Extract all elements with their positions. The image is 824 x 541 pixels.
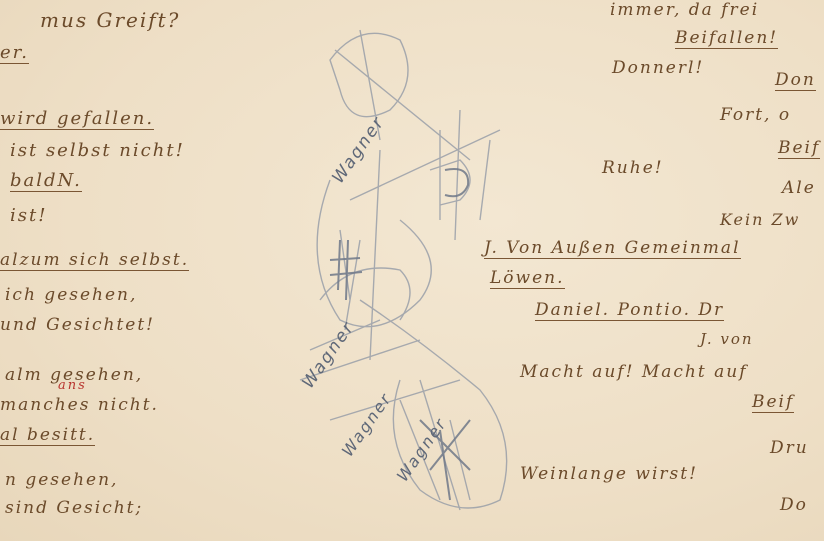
handwriting-line: Daniel. Pontio. Dr — [535, 300, 724, 321]
handwriting-line: und Gesichtet! — [0, 315, 155, 335]
handwriting-line: manches nicht. — [0, 395, 159, 415]
handwriting-line: Ruhe! — [602, 158, 664, 178]
handwriting-line: ich gesehen, — [5, 285, 137, 305]
handwriting-line: Dru — [770, 438, 809, 458]
handwriting-line: Beif — [752, 392, 794, 413]
handwriting-line: al besitt. — [0, 425, 95, 446]
handwriting-line: Don — [775, 70, 816, 91]
handwriting-line: Ale — [782, 178, 816, 198]
handwriting-line: n gesehen, — [5, 470, 118, 490]
handwriting-line: Weinlange wirst! — [520, 464, 698, 484]
handwriting-line: Kein Zw — [720, 210, 800, 229]
red-annotation: ans — [58, 378, 87, 393]
handwriting-line: er. — [0, 42, 29, 64]
handwriting-line: wird gefallen. — [0, 108, 154, 130]
handwriting-line: alzum sich selbst. — [0, 250, 189, 271]
handwriting-line: J. Von Außen Gemeinmal — [484, 238, 741, 259]
handwriting-line: Macht auf! Macht auf — [520, 362, 747, 382]
handwriting-line: Do — [780, 495, 808, 515]
handwriting-line: Löwen. — [490, 268, 565, 289]
handwriting-line: Beif — [778, 138, 820, 159]
handwriting-line: J. von — [700, 330, 754, 348]
handwriting-line: mus Greift? — [40, 8, 180, 32]
handwriting-line: Beifallen! — [675, 28, 778, 49]
manuscript-page: mus Greift? er. wird gefallen. ist selbs… — [0, 0, 824, 541]
handwriting-line: baldN. — [10, 170, 82, 192]
handwriting-line: Fort, o — [720, 105, 791, 125]
handwriting-line: immer, da frei — [610, 0, 759, 20]
handwriting-line: Donnerl! — [612, 58, 704, 78]
handwriting-line: sind Gesicht; — [5, 498, 143, 518]
handwriting-line: ist selbst nicht! — [10, 140, 185, 161]
handwriting-line: ist! — [10, 205, 47, 226]
